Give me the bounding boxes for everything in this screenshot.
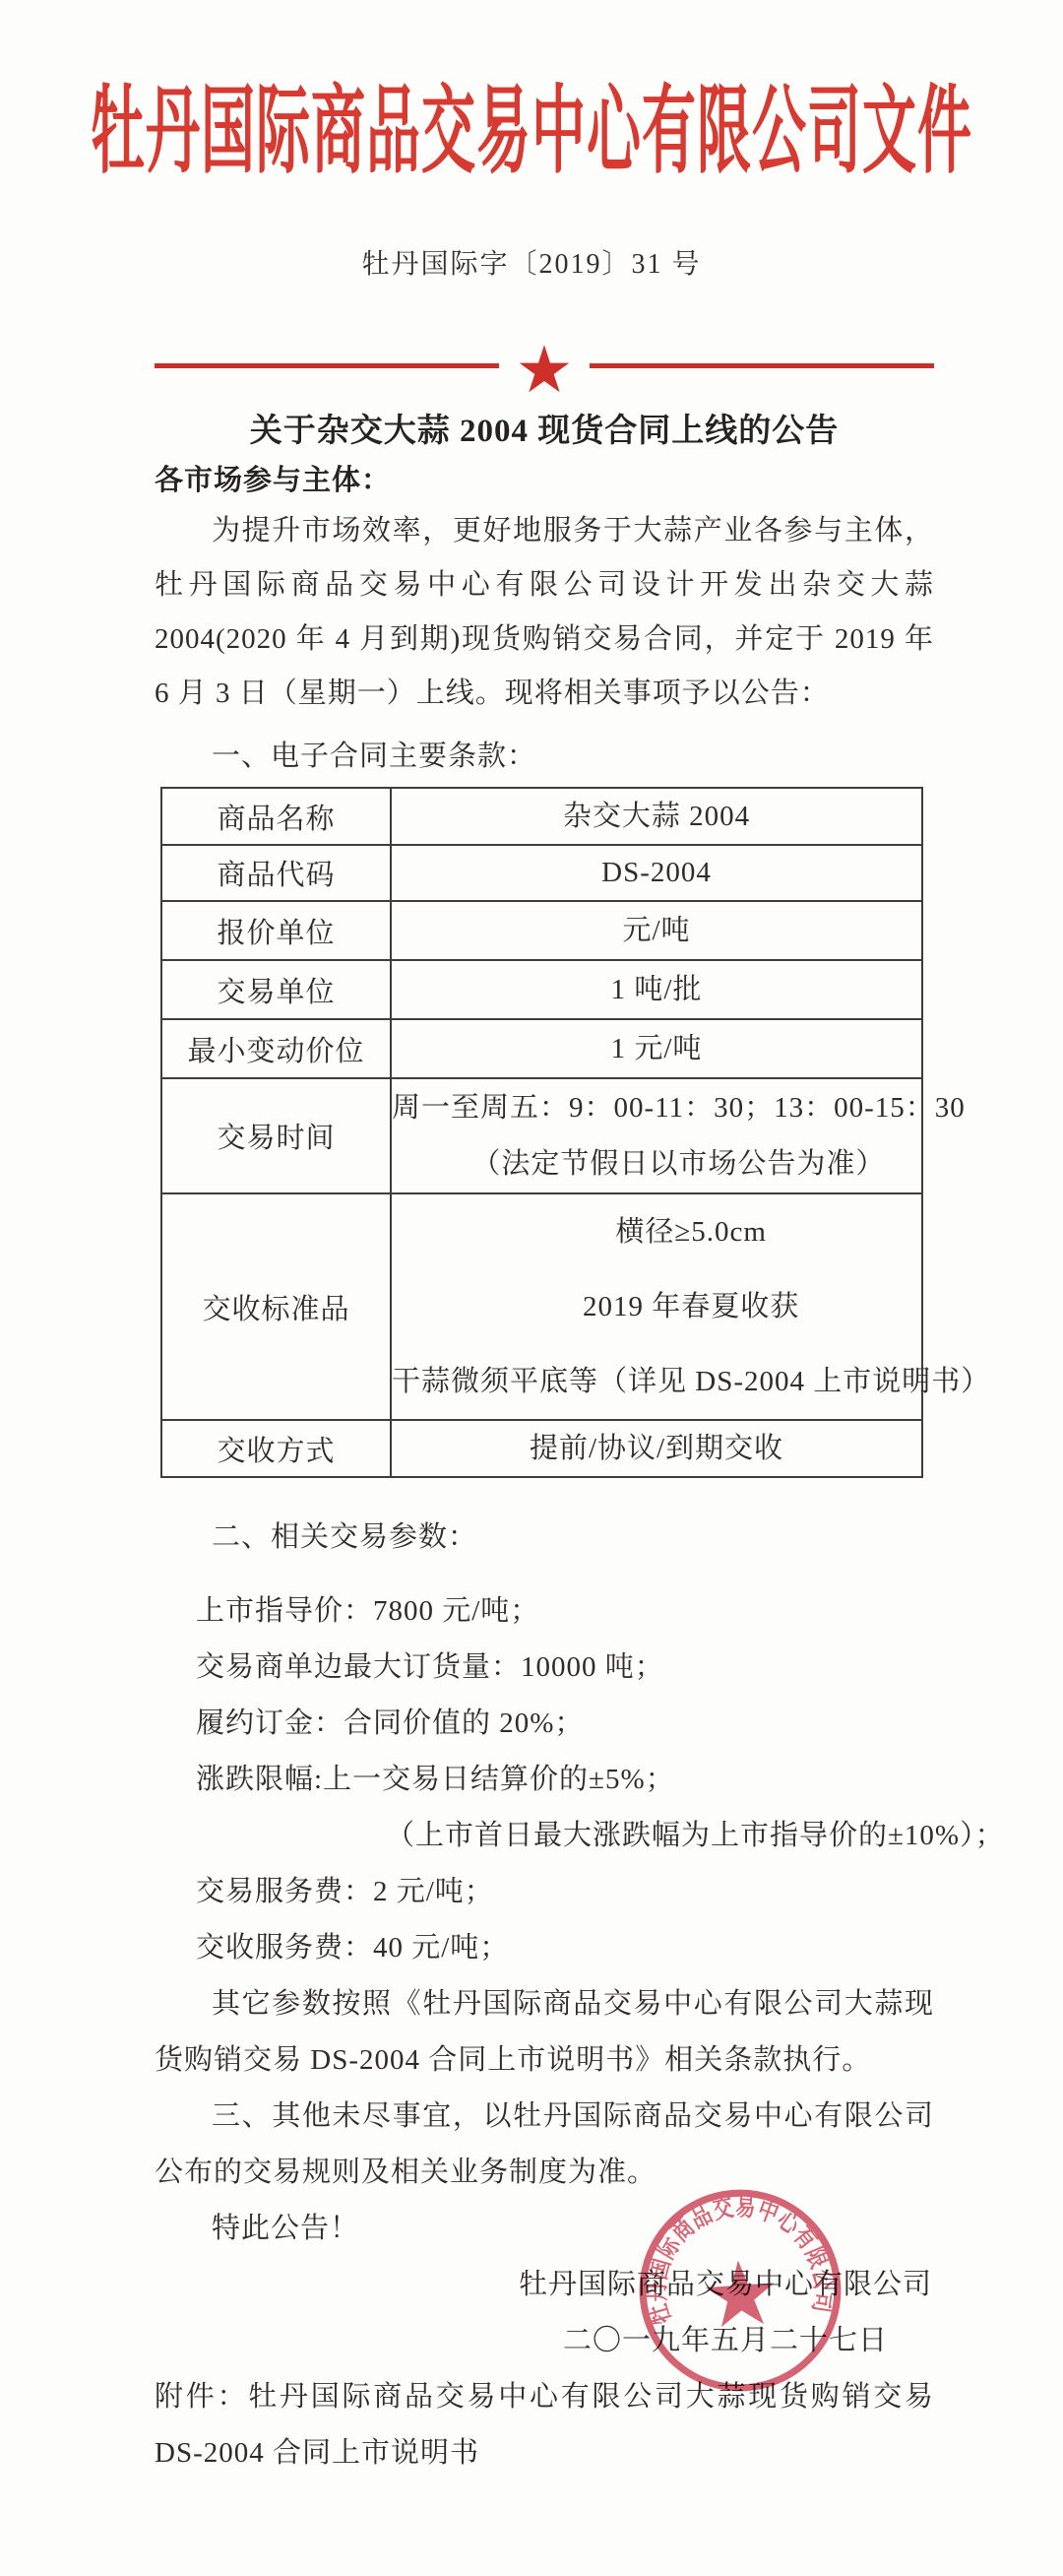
value-line: 元/吨 bbox=[622, 911, 690, 951]
row-label: 交易单位 bbox=[162, 961, 392, 1018]
document-number: 牡丹国际字〔2019〕31 号 bbox=[0, 242, 1063, 282]
row-value: 横径≥5.0cm 2019 年春夏收获 干蒜微须平底等（详见 DS-2004 上… bbox=[392, 1194, 990, 1419]
row-value: 提前/协议/到期交收 bbox=[392, 1421, 921, 1476]
section2-heading: 二、相关交易参数： bbox=[155, 1510, 934, 1566]
param-delivery-fee: 交收服务费：40 元/吨； bbox=[155, 1920, 934, 1976]
signature-company: 牡丹国际商品交易中心有限公司 bbox=[519, 2257, 932, 2313]
row-value: 元/吨 bbox=[392, 902, 921, 959]
param-price-limit: 涨跌限幅:上一交易日结算价的±5%； bbox=[155, 1752, 934, 1808]
closing-line: 特此公告！ bbox=[155, 2201, 934, 2257]
section3-paragraph: 三、其他未尽事宜，以牡丹国际商品交易中心有限公司公布的交易规则及相关业务制度为准… bbox=[155, 2089, 934, 2201]
row-value: DS-2004 bbox=[392, 846, 921, 900]
salutation: 各市场参与主体： bbox=[155, 460, 934, 501]
table-row: 交易单位 1 吨/批 bbox=[162, 961, 921, 1020]
row-value: 周一至周五：9：00-11：30；13：00-15：30 （法定节假日以市场公告… bbox=[392, 1079, 966, 1192]
value-line: 周一至周五：9：00-11：30；13：00-15：30 bbox=[392, 1080, 966, 1136]
section1-heading: 一、电子合同主要条款： bbox=[155, 730, 934, 784]
contract-terms-table: 商品名称 杂交大蒜 2004 商品代码 DS-2004 报价单位 元/吨 交易单… bbox=[160, 787, 923, 1478]
value-line: （法定节假日以市场公告为准） bbox=[471, 1136, 885, 1192]
table-row: 商品代码 DS-2004 bbox=[162, 846, 921, 902]
param-deposit: 履约订金：合同价值的 20%； bbox=[155, 1696, 934, 1752]
param-first-day-limit: （上市首日最大涨跌幅为上市指导价的±10%）； bbox=[155, 1808, 934, 1864]
value-line: 杂交大蒜 2004 bbox=[563, 797, 750, 837]
value-line: DS-2004 bbox=[601, 853, 712, 893]
param-guide-price: 上市指导价：7800 元/吨； bbox=[155, 1583, 934, 1640]
row-value: 1 元/吨 bbox=[392, 1020, 921, 1077]
letterhead: 牡丹国际商品交易中心有限公司文件 bbox=[0, 57, 1063, 187]
table-row: 交易时间 周一至周五：9：00-11：30；13：00-15：30 （法定节假日… bbox=[162, 1079, 921, 1194]
divider-line-left bbox=[155, 363, 499, 368]
value-line: 干蒜微须平底等（详见 DS-2004 上市说明书） bbox=[392, 1344, 990, 1419]
row-label: 交收方式 bbox=[162, 1421, 392, 1476]
row-value: 1 吨/批 bbox=[392, 961, 921, 1018]
star-icon: ★ bbox=[499, 343, 589, 400]
table-row: 最小变动价位 1 元/吨 bbox=[162, 1020, 921, 1079]
value-line: 1 吨/批 bbox=[611, 970, 703, 1010]
table-row: 交收方式 提前/协议/到期交收 bbox=[162, 1421, 921, 1476]
value-line: 2019 年春夏收获 bbox=[583, 1269, 799, 1344]
table-row: 交收标准品 横径≥5.0cm 2019 年春夏收获 干蒜微须平底等（详见 DS-… bbox=[162, 1194, 921, 1421]
value-line: 提前/协议/到期交收 bbox=[530, 1429, 783, 1469]
document-page: 牡丹国际商品交易中心有限公司文件 牡丹国际字〔2019〕31 号 ★ 关于杂交大… bbox=[0, 0, 1063, 2576]
row-value: 杂交大蒜 2004 bbox=[392, 789, 921, 844]
organization-title: 牡丹国际商品交易中心有限公司文件 bbox=[91, 53, 972, 192]
table-row: 商品名称 杂交大蒜 2004 bbox=[162, 789, 921, 846]
document-title: 关于杂交大蒜 2004 现货合同上线的公告 bbox=[155, 405, 934, 451]
signature-block: 牡丹国际商品交易中心有限公司 二〇一九年五月二十七日 bbox=[155, 2257, 932, 2369]
table-row: 报价单位 元/吨 bbox=[162, 902, 921, 961]
intro-paragraph: 为提升市场效率，更好地服务于大蒜产业各参与主体，牡丹国际商品交易中心有限公司设计… bbox=[155, 504, 934, 721]
attachment-note: 附件：牡丹国际商品交易中心有限公司大蒜现货购销交易 DS-2004 合同上市说明… bbox=[155, 2369, 934, 2481]
divider-line-right bbox=[590, 363, 934, 368]
row-label: 商品名称 bbox=[162, 789, 392, 844]
value-line: 横径≥5.0cm bbox=[615, 1194, 767, 1269]
param-trade-fee: 交易服务费：2 元/吨； bbox=[155, 1864, 934, 1920]
row-label: 交易时间 bbox=[162, 1079, 392, 1192]
other-params-paragraph: 其它参数按照《牡丹国际商品交易中心有限公司大蒜现货购销交易 DS-2004 合同… bbox=[155, 1976, 934, 2089]
value-line: 1 元/吨 bbox=[611, 1029, 703, 1069]
row-label: 报价单位 bbox=[162, 902, 392, 959]
signature-date: 二〇一九年五月二十七日 bbox=[519, 2313, 932, 2369]
row-label: 交收标准品 bbox=[162, 1194, 392, 1419]
row-label: 商品代码 bbox=[162, 846, 392, 900]
param-max-order: 交易商单边最大订货量：10000 吨； bbox=[155, 1640, 934, 1696]
red-divider: ★ bbox=[155, 335, 934, 396]
row-label: 最小变动价位 bbox=[162, 1020, 392, 1077]
